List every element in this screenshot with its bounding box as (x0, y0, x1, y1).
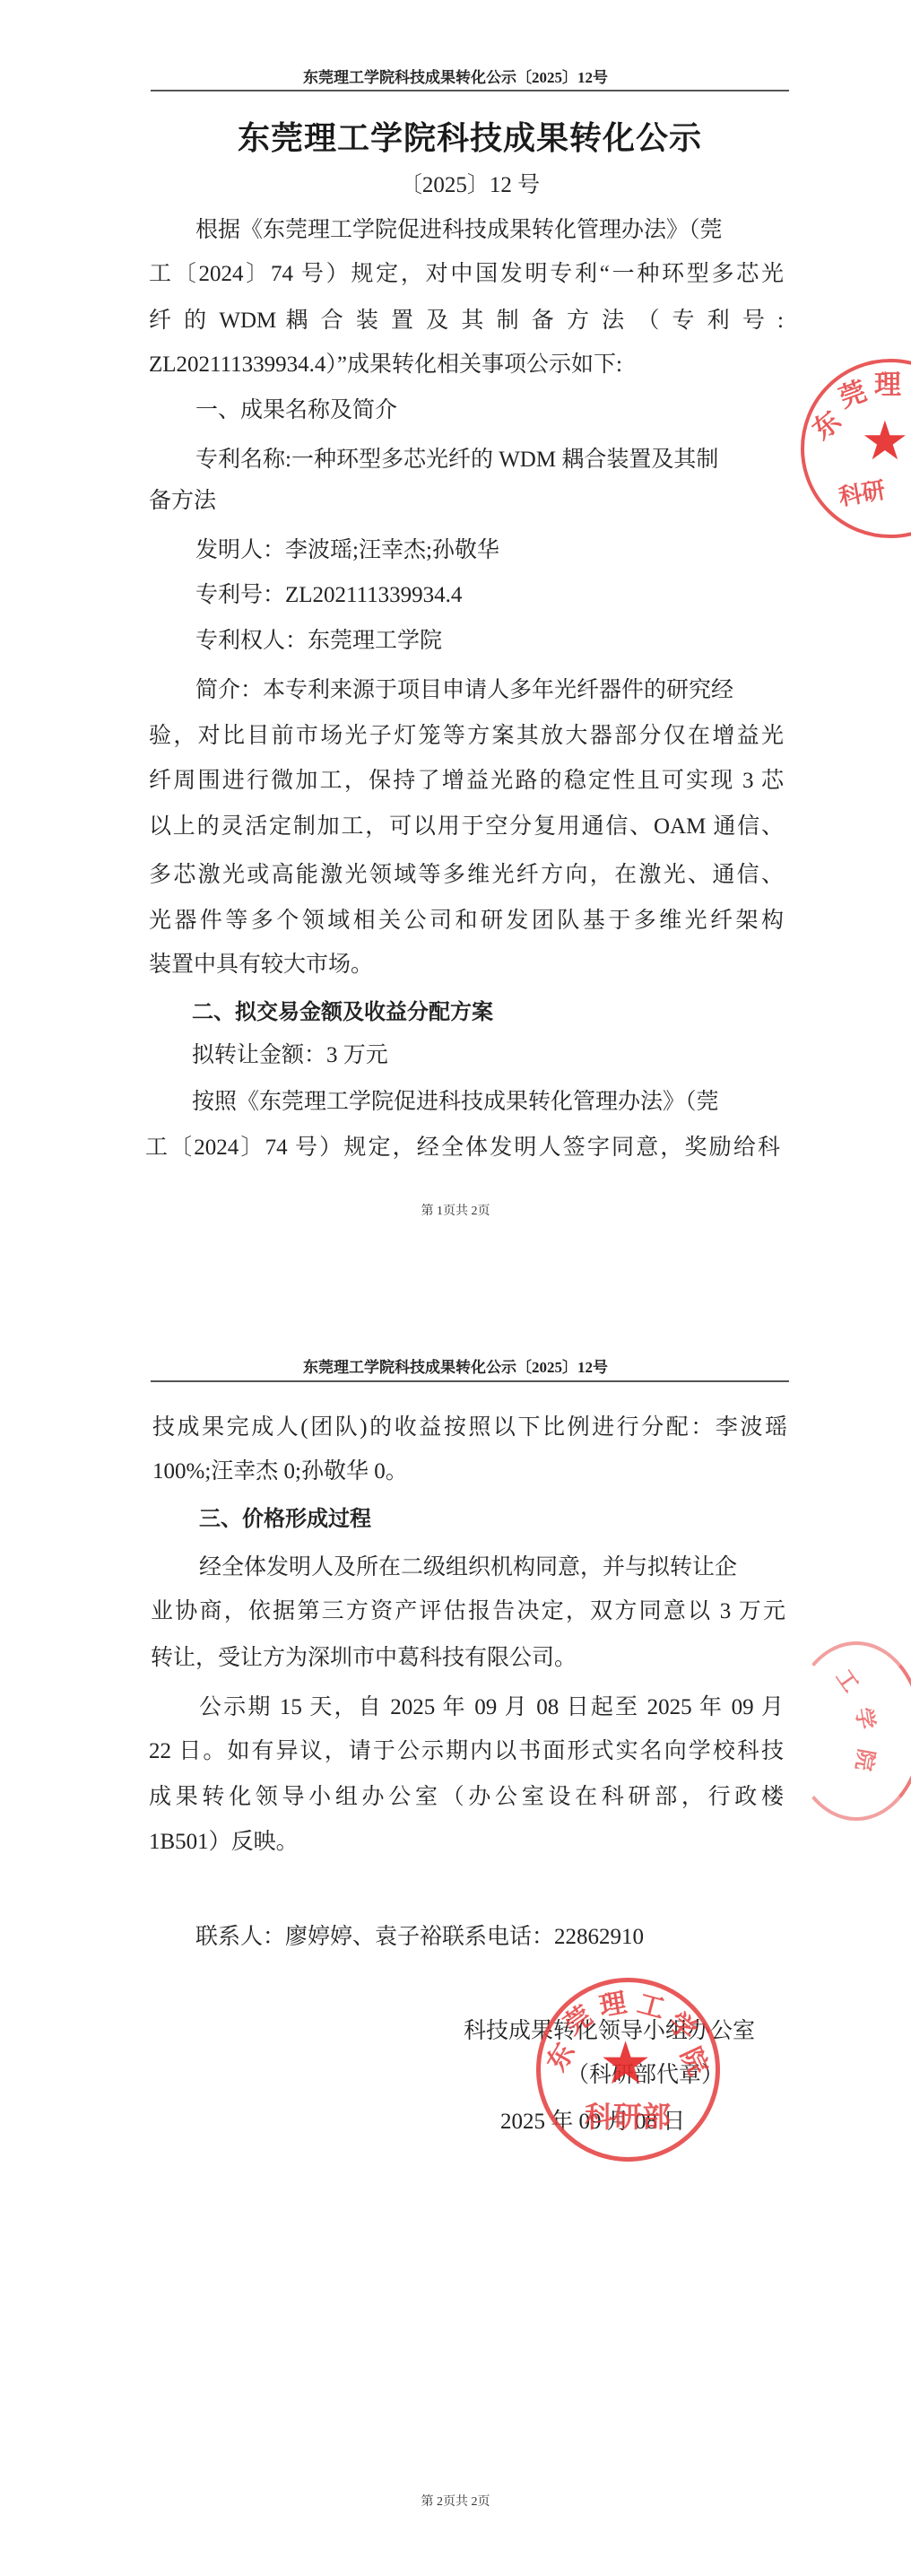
intro-line: ZL202111339934.4）”成果转化相关事项公示如下: (149, 351, 784, 379)
page-title: 东莞理工学院科技成果转化公示 (151, 113, 789, 159)
notice-line: 22 日。如有异议，请于公示期内以书面形式实名向学校科技 (149, 1737, 784, 1766)
notice-line: 1B501）反映。 (149, 1828, 784, 1857)
stamp-text: 理 (874, 362, 901, 402)
inventors: 发明人：李波瑶;汪幸杰;孙敬华 (195, 536, 784, 565)
header-divider (151, 1380, 789, 1382)
section-heading-1: 一、成果名称及简介 (195, 396, 784, 425)
patentee: 专利权人：东莞理工学院 (195, 627, 784, 656)
notice-line: 成果转化领导小组办公室（办公室设在科研部，行政楼 (149, 1783, 784, 1812)
summary-line: 多芯激光或高能激光领域等多维光纤方向，在激光、通信、 (149, 861, 784, 890)
intro-line: 工〔2024〕74 号）规定，对中国发明专利“一种环型多芯光 (149, 260, 784, 289)
page-footer-2: 第 2页共 2页 (151, 2492, 760, 2510)
distribution-line: 按照《东莞理工学院促进科技成果转化管理办法》（莞 (192, 1088, 784, 1117)
section-heading-3: 三、价格形成过程 (199, 1504, 834, 1533)
patent-number: 专利号：ZL202111339934.4 (195, 581, 784, 610)
price-line: 转让，受让方为深圳市中葛科技有限公司。 (151, 1644, 785, 1673)
document-number: 〔2025〕12 号 (151, 167, 789, 199)
running-header: 东莞理工学院科技成果转化公示〔2025〕12号 (151, 1354, 760, 1377)
price-line: 经全体发明人及所在二级组织机构同意，并与拟转让企 (199, 1553, 787, 1582)
section-heading-2: 二、拟交易金额及收益分配方案 (192, 997, 827, 1026)
running-header: 东莞理工学院科技成果转化公示〔2025〕12号 (151, 65, 760, 87)
summary-line: 光器件等多个领域相关公司和研发团队基于多维光纤架构 (149, 907, 784, 936)
contact-info: 联系人：廖婷婷、袁子裕联系电话：22862910 (195, 1923, 830, 1952)
transfer-amount: 拟转让金额：3 万元 (192, 1041, 827, 1070)
summary-line: 验，对比目前市场光子灯笼等方案其放大器部分仅在增益光 (149, 722, 784, 751)
stamp-text: 科研部 (585, 2094, 671, 2136)
intro-line: 根据《东莞理工学院促进科技成果转化管理办法》（莞 (195, 216, 784, 245)
star-icon: ★ (599, 2034, 652, 2093)
summary-line: 纤周围进行微加工，保持了增益光路的稳定性且可实现 3 芯 (149, 767, 784, 796)
patent-name-line: 备方法 (149, 487, 784, 516)
summary-line: 以上的灵活定制加工，可以用于空分复用通信、OAM 通信、 (149, 813, 784, 841)
distribution-line: 技成果完成人(团队)的收益按照以下比例进行分配：李波瑶 (152, 1414, 787, 1442)
star-icon: ★ (861, 414, 909, 468)
summary-line: 简介：本专利来源于项目申请人多年光纤器件的研究经 (195, 676, 784, 705)
patent-name-line: 专利名称:一种环型多芯光纤的 WDM 耦合装置及其制 (195, 446, 784, 474)
distribution-line: 100%;汪幸杰 0;孙敬华 0。 (152, 1458, 787, 1486)
page-footer-1: 第 1页共 2页 (151, 1201, 760, 1219)
distribution-line: 工〔2024〕74 号）规定，经全体发明人签字同意，奖励给科 (145, 1134, 780, 1162)
summary-line: 装置中具有较大市场。 (149, 951, 784, 979)
price-line: 业协商，依据第三方资产评估报告决定，双方同意以 3 万元 (151, 1597, 785, 1626)
notice-line: 公示期 15 天，自 2025 年 09 月 08 日起至 2025 年 09 … (199, 1693, 784, 1722)
header-divider (151, 90, 789, 91)
intro-line: 纤 的 WDM 耦 合 装 置 及 其 制 备 方 法 （ 专 利 号 : (149, 307, 784, 335)
